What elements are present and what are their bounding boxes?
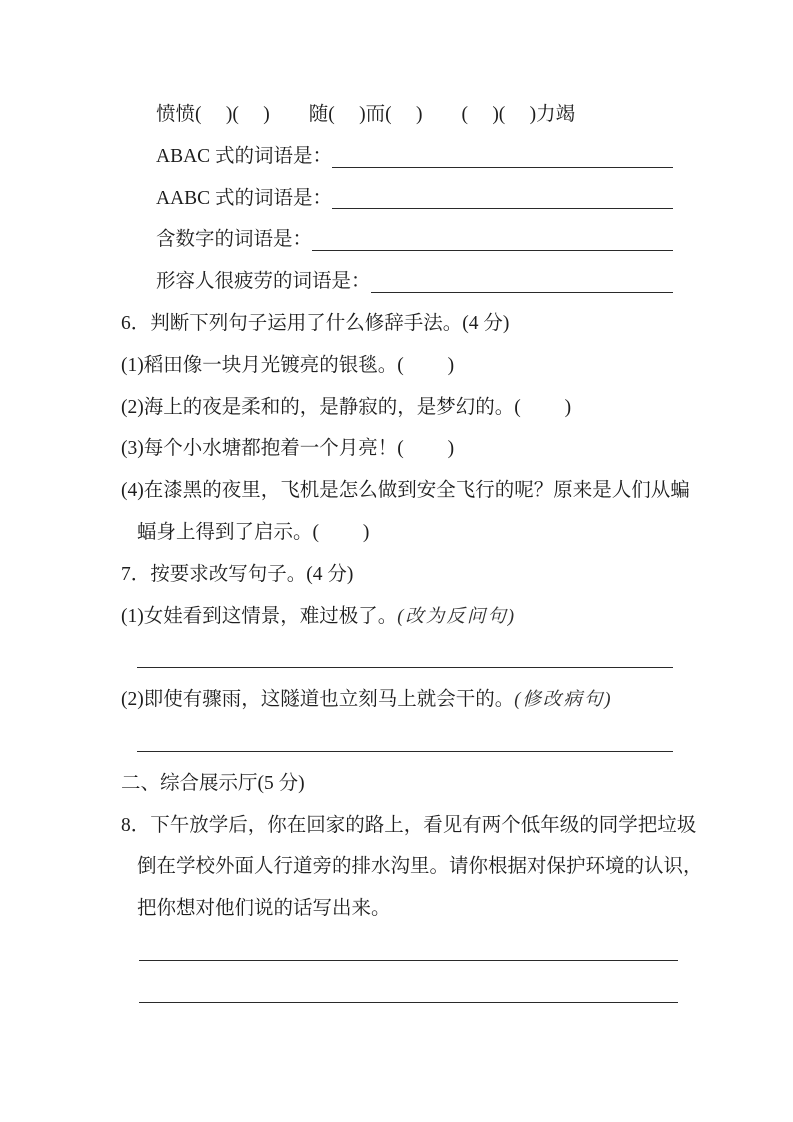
section2-heading: 二、综合展示厅(5 分): [121, 763, 678, 805]
question7-item-2-instruction: (修改病句): [514, 690, 612, 710]
question6-item-4-line1-text: (4)在漆黑的夜里，飞机是怎么做到安全飞行的呢？原来是人们从蝙: [121, 480, 690, 501]
answer-line: [139, 930, 678, 961]
question6-title-text: 6．判断下列句子运用了什么修辞手法。(4 分): [121, 313, 509, 334]
question6-item-1: (1)稻田像一块月光镀亮的银毯。( ): [121, 345, 678, 387]
word-bank-line: 愤愤( )( ) 随( )而( ) ( )( )力竭: [121, 94, 678, 136]
fill-label-abac: ABAC 式的词语是：: [156, 136, 332, 178]
question7-item-1-text: (1)女娃看到这情景，难过极了。: [121, 606, 397, 627]
question6-item-2: (2)海上的夜是柔和的，是静寂的，是梦幻的。( ): [121, 387, 678, 429]
worksheet-page: 愤愤( )( ) 随( )而( ) ( )( )力竭 ABAC 式的词语是： A…: [0, 0, 793, 1122]
fill-label-aabc: AABC 式的词语是：: [156, 178, 332, 220]
question7-item-2-text: (2)即使有骤雨，这隧道也立刻马上就会干的。: [121, 689, 514, 710]
answer-line: [137, 721, 673, 752]
question6-item-4-line1: (4)在漆黑的夜里，飞机是怎么做到安全飞行的呢？原来是人们从蝙: [121, 470, 678, 512]
answer-blank-row: [121, 721, 678, 763]
fill-line-aabc: AABC 式的词语是：: [121, 178, 678, 220]
question7-item-1: (1)女娃看到这情景，难过极了。(改为反问句): [121, 596, 678, 638]
word-bank-text: 愤愤( )( ) 随( )而( ) ( )( )力竭: [156, 104, 575, 125]
question6-item-3: (3)每个小水塘都抱着一个月亮！( ): [121, 428, 678, 470]
question6-item-4-line2-text: 蝠身上得到了启示。( ): [137, 522, 369, 543]
answer-line: [332, 178, 673, 210]
question6-title: 6．判断下列句子运用了什么修辞手法。(4 分): [121, 303, 678, 345]
fill-line-numbers: 含数字的词语是：: [121, 219, 678, 261]
question6-item-2-text: (2)海上的夜是柔和的，是静寂的，是梦幻的。( ): [121, 397, 571, 418]
question7-item-1-instruction: (改为反问句): [397, 607, 516, 627]
question8-line3-text: 把你想对他们说的话写出来。: [137, 898, 391, 919]
fill-line-tired: 形容人很疲劳的词语是：: [121, 261, 678, 303]
answer-line: [332, 136, 673, 168]
answer-line: [371, 261, 673, 293]
question7-title: 7．按要求改写句子。(4 分): [121, 554, 678, 596]
fill-label-tired: 形容人很疲劳的词语是：: [156, 261, 371, 303]
answer-blank-row: [121, 637, 678, 679]
question7-title-text: 7．按要求改写句子。(4 分): [121, 564, 353, 585]
question6-item-3-text: (3)每个小水塘都抱着一个月亮！( ): [121, 438, 454, 459]
answer-line: [139, 972, 678, 1003]
section2-heading-text: 二、综合展示厅(5 分): [121, 773, 305, 794]
question6-item-4-line2: 蝠身上得到了启示。( ): [121, 512, 678, 554]
fill-label-numbers: 含数字的词语是：: [156, 219, 312, 261]
answer-line: [137, 637, 673, 668]
worksheet-content: 愤愤( )( ) 随( )而( ) ( )( )力竭 ABAC 式的词语是： A…: [121, 94, 678, 1014]
question8-line1-text: 8．下午放学后，你在回家的路上，看见有两个低年级的同学把垃圾: [121, 815, 696, 836]
answer-blank-row: [121, 972, 678, 1014]
question8-line1: 8．下午放学后，你在回家的路上，看见有两个低年级的同学把垃圾: [121, 805, 678, 847]
question6-item-1-text: (1)稻田像一块月光镀亮的银毯。( ): [121, 355, 454, 376]
answer-blank-row: [121, 930, 678, 972]
answer-line: [312, 219, 673, 251]
fill-line-abac: ABAC 式的词语是：: [121, 136, 678, 178]
question8-line3: 把你想对他们说的话写出来。: [121, 888, 678, 930]
question8-line2-text: 倒在学校外面人行道旁的排水沟里。请你根据对保护环境的认识，: [137, 856, 703, 877]
question7-item-2: (2)即使有骤雨，这隧道也立刻马上就会干的。(修改病句): [121, 679, 678, 721]
question8-line2: 倒在学校外面人行道旁的排水沟里。请你根据对保护环境的认识，: [121, 846, 678, 888]
